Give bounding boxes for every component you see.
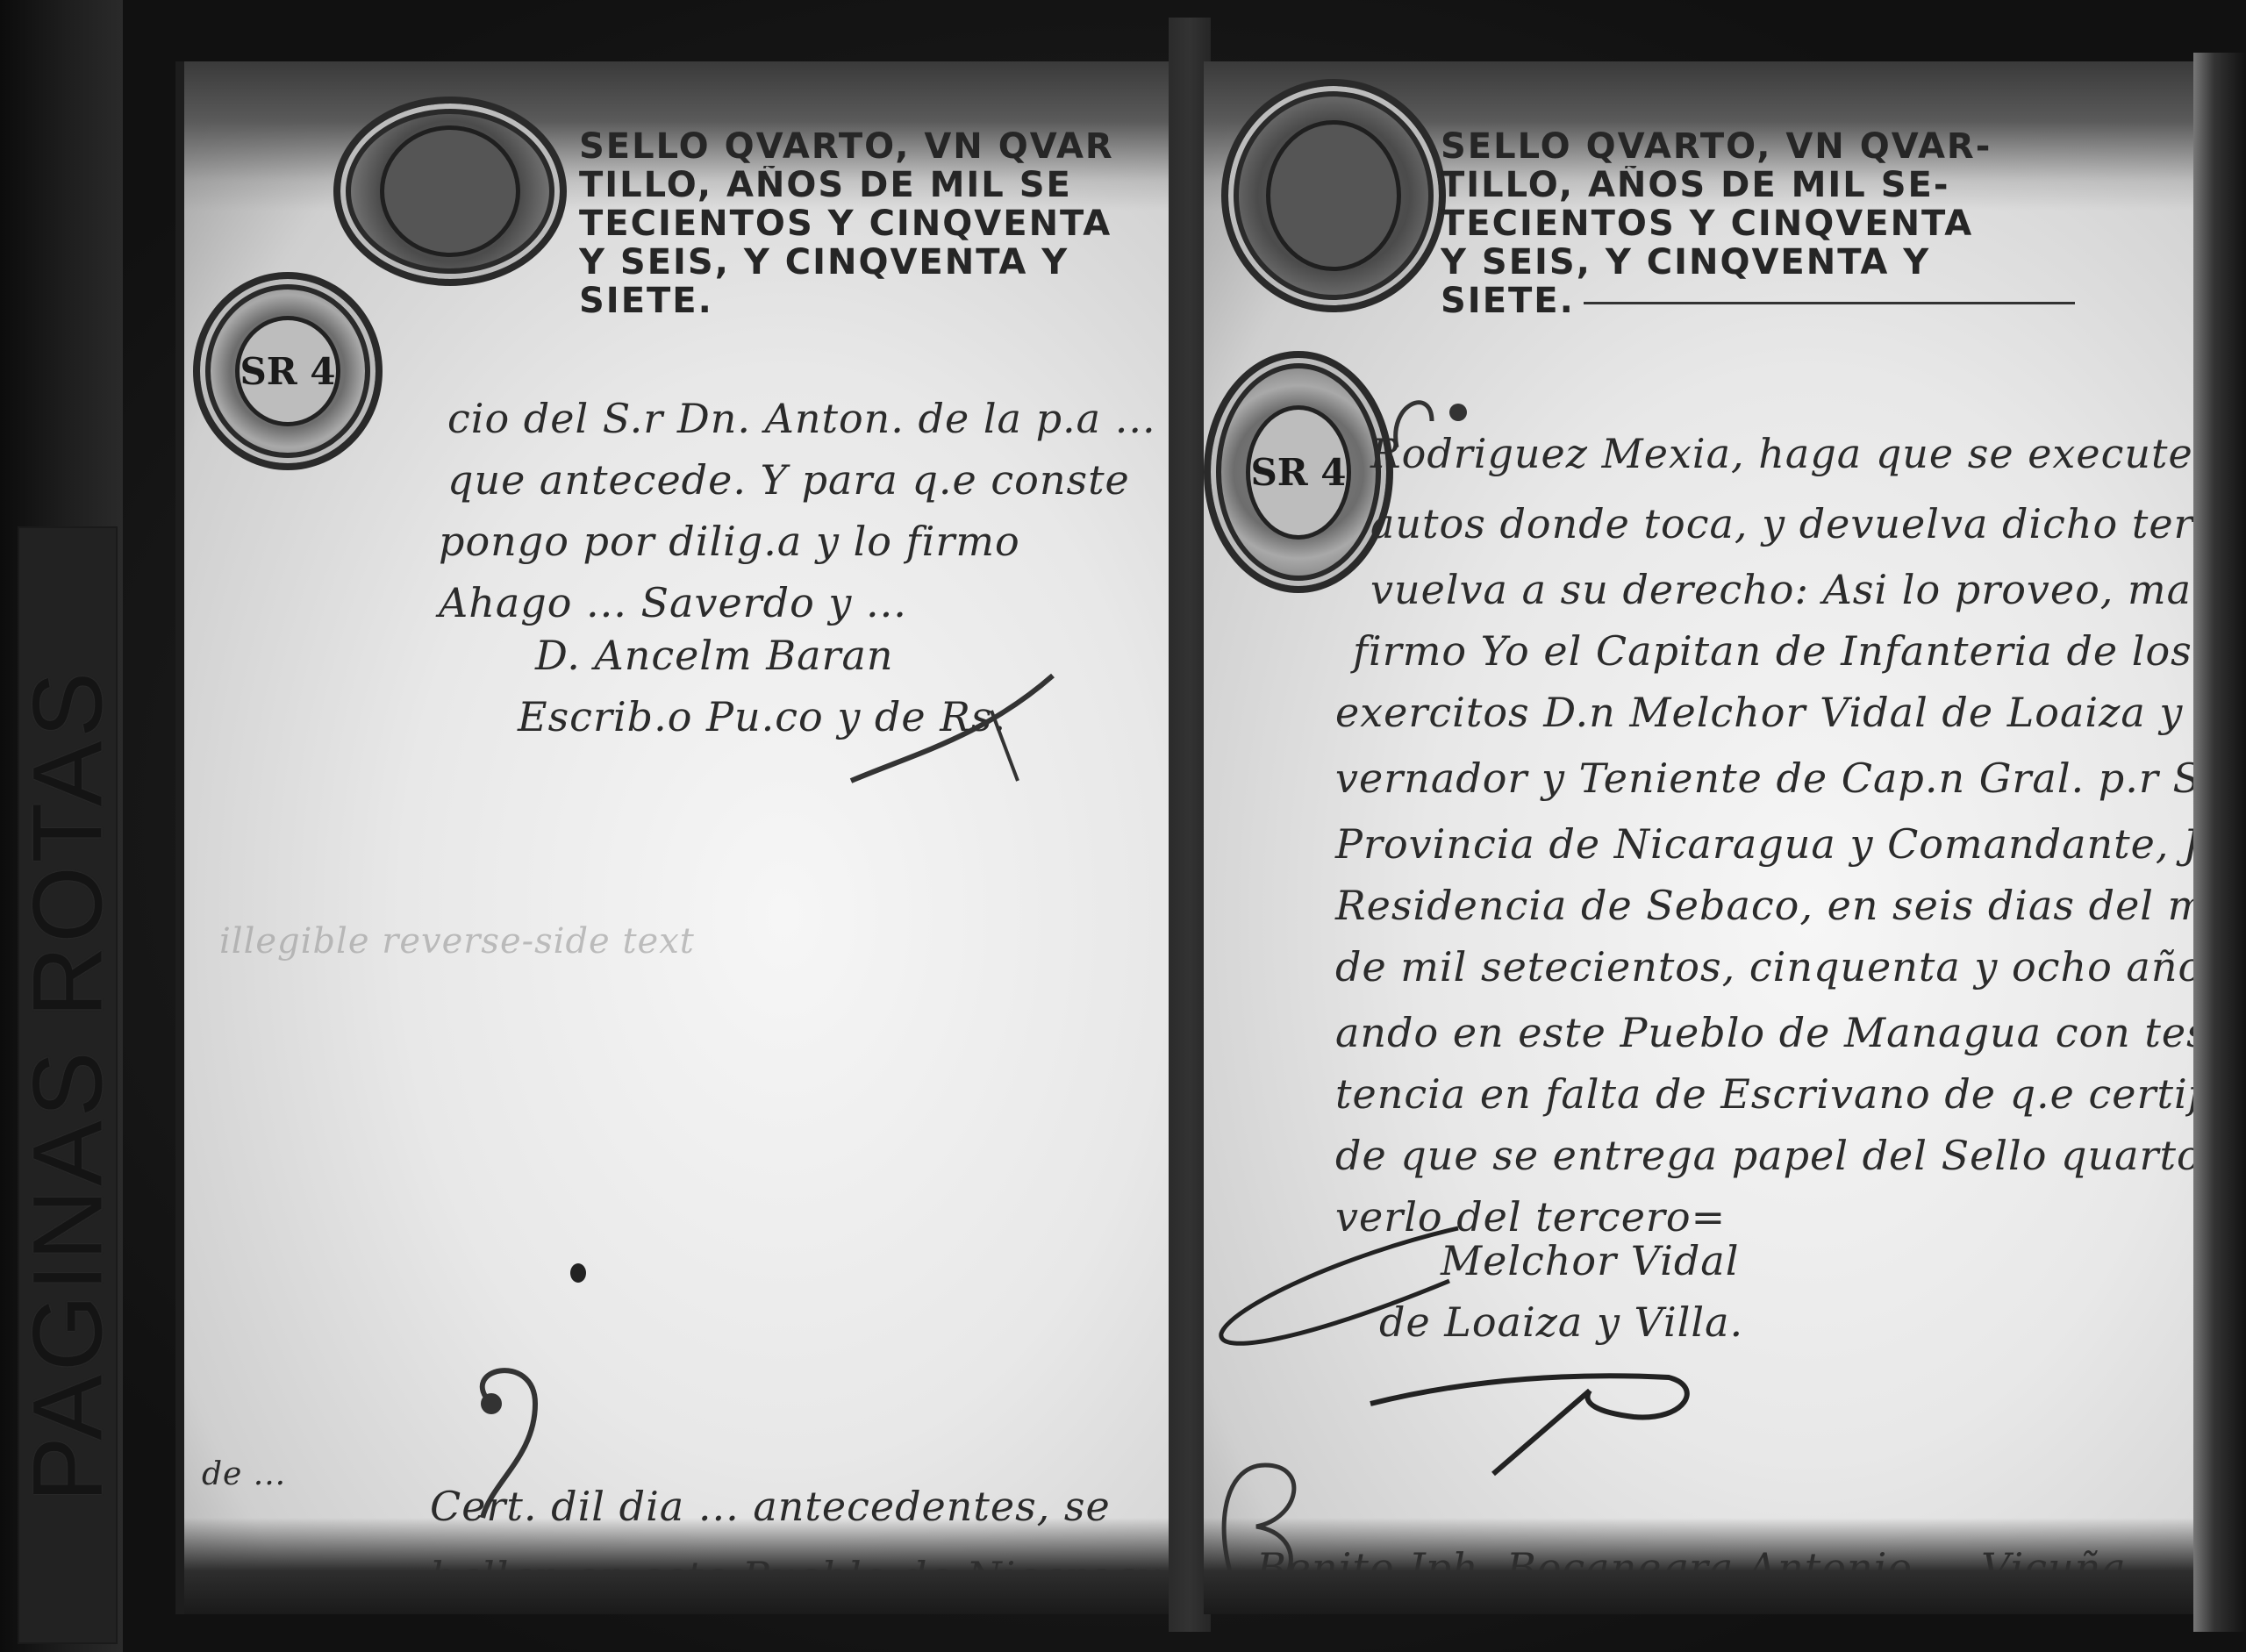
seal-center: SR 4 [235, 316, 340, 426]
stamp-line: TILLO, AÑOS DE MIL SE- [1441, 166, 2204, 204]
broken-pages-label: PAGINAS ROTAS [18, 526, 118, 1644]
handwriting-line: de que se entrega papel del Sello quarto… [1335, 1132, 2213, 1179]
stamp-line: SELLO QVARTO, VN QVAR- [1441, 127, 2204, 166]
habilitado-seal-icon: SR 4 [193, 272, 383, 470]
seal-center-text: SR 4 [240, 350, 335, 393]
stamp-line: SIETE. [1441, 282, 1575, 320]
handwriting-line: vuelva a su derecho: Asi lo proveo, mand… [1370, 566, 2213, 613]
coat-of-arms-icon [380, 125, 520, 257]
handwriting-line: Provincia de Nicaragua y Comandante, Jue… [1335, 820, 2213, 868]
handwriting-line: que antecede. Y para q.e conste [447, 456, 1130, 504]
stamp-line: SIETE. [579, 282, 1184, 320]
royal-seal-icon [333, 97, 567, 286]
signature-flourish-icon [1212, 1202, 1809, 1483]
margin-note: de ... [202, 1456, 286, 1492]
stamp-line: TILLO, AÑOS DE MIL SE [579, 166, 1184, 204]
handwriting-line: cio del S.r Dn. Anton. de la p.a ... [447, 395, 1156, 442]
coat-of-arms-icon [1266, 120, 1401, 272]
handwriting-line: pongo por dilig.a y lo firmo [439, 518, 1020, 565]
stamp-line: Y SEIS, Y CINQVENTA Y [579, 243, 1184, 282]
handwriting-line: firmo Yo el Capitan de Infanteria de los… [1353, 627, 2213, 675]
handwriting-line: ando en este Pueblo de Managua con testi… [1335, 1009, 2213, 1056]
signature-flourish-icon [842, 658, 1070, 790]
handwriting-line: vernador y Teniente de Cap.n Gral. p.r S… [1335, 754, 2213, 802]
ink-blot [570, 1263, 586, 1283]
bleedthrough-text: illegible reverse-side text [219, 921, 695, 962]
left-page: SELLO QVARTO, VN QVAR TILLO, AÑOS DE MIL… [175, 61, 1184, 1614]
handwriting-line: autos donde toca, y devuelva dicho termi… [1370, 500, 2213, 547]
signature-name: D. Ancelm Baran [535, 632, 894, 679]
stamp-line: SELLO QVARTO, VN QVAR [579, 127, 1184, 166]
stamp-line: TECIENTOS Y CINQVENTA [579, 204, 1184, 243]
handwriting-line: exercitos D.n Melchor Vidal de Loaiza y … [1335, 689, 2213, 736]
right-edge-shadow [2193, 53, 2246, 1632]
handwriting-line: Ahago ... Saverdo y ... [439, 579, 907, 626]
habilitado-seal-icon: SR 4 [1204, 351, 1393, 593]
bottom-shadow [1204, 1518, 2213, 1614]
handwriting-line: Residencia de Sebaco, en seis dias del m… [1335, 882, 2213, 929]
handwriting-line: tencia en falta de Escrivano de q.e cert… [1335, 1070, 2213, 1118]
bottom-shadow [184, 1518, 1184, 1614]
header-rule [1584, 302, 2075, 304]
stamp-line: Y SEIS, Y CINQVENTA Y [1441, 243, 2204, 282]
side-strip: PAGINAS ROTAS [0, 0, 123, 1652]
stamp-header: SELLO QVARTO, VN QVAR- TILLO, AÑOS DE MI… [1441, 127, 2204, 320]
handwriting-line: Rodriguez Mexia, haga que se execute a l… [1370, 430, 2213, 477]
side-label-text: PAGINAS ROTAS [11, 669, 125, 1502]
royal-seal-icon [1221, 79, 1446, 312]
right-page: SELLO QVARTO, VN QVAR- TILLO, AÑOS DE MI… [1204, 61, 2213, 1614]
handwriting-line: de mil setecientos, cinquenta y ocho año… [1335, 943, 2213, 990]
stamp-header: SELLO QVARTO, VN QVAR TILLO, AÑOS DE MIL… [579, 127, 1184, 320]
seal-center-text: SR 4 [1250, 451, 1346, 494]
seal-center: SR 4 [1246, 405, 1351, 540]
stamp-line: TECIENTOS Y CINQVENTA [1441, 204, 2204, 243]
